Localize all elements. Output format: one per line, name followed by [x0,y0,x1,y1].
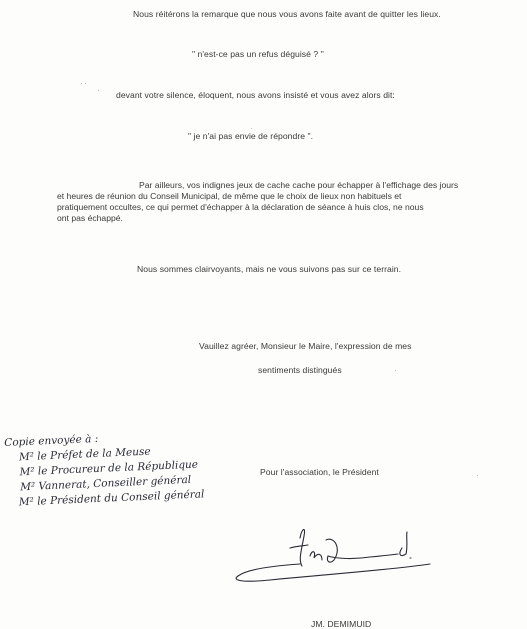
quote-refus: " n'est-ce pas un refus déguisé ? " [192,49,324,59]
closing-line-1: Vauillez agréer, Monsieur le Maire, l'ex… [199,341,412,351]
paragraph-line: et heures de réunion du Conseil Municipa… [57,191,527,202]
silence-line: devant votre silence, éloquent, nous avo… [116,90,395,100]
signatory-role: Pour l'association, le Président [260,467,379,477]
paragraph-par-ailleurs: Par ailleurs, vos indignes jeux de cache… [57,180,527,224]
signature-icon [230,520,440,590]
paragraph-line: pratiquement occultes, ce qui permet d'é… [57,202,527,213]
closing-line-2: sentiments distingués [258,365,342,375]
handwritten-copies-block: Copie envoyée à : M² le Préfet de la Meu… [4,427,205,511]
reiterate-line: Nous réitérons la remarque que nous vous… [133,9,441,19]
signatory-name: JM. DEMIMUID [311,619,371,629]
paragraph-line: ont pas échappé. [57,213,527,224]
clairvoyants-line: Nous sommes clairvoyants, mais ne vous s… [137,264,401,274]
paragraph-line: Par ailleurs, vos indignes jeux de cache… [57,180,527,191]
quote-repondre: " je n'ai pas envie de répondre ". [188,131,313,141]
